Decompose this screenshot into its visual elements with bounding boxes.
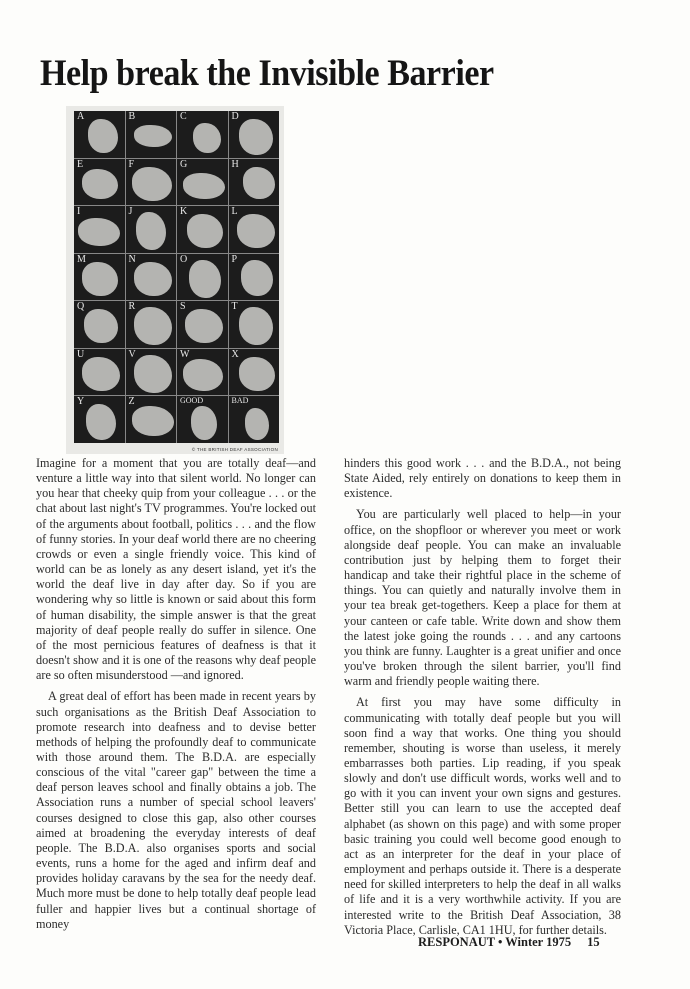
publication-info: RESPONAUT • Winter 1975: [418, 935, 571, 949]
sign-label: Z: [129, 397, 135, 407]
sign-cell: O: [177, 254, 228, 301]
hand-icon: [132, 167, 172, 201]
hand-icon: [132, 406, 174, 436]
sign-cell: D: [229, 111, 280, 158]
sign-label: R: [129, 302, 136, 312]
sign-label: T: [232, 302, 238, 312]
sign-cell: U: [74, 349, 125, 396]
sign-label: U: [77, 350, 84, 360]
sign-label: GOOD: [180, 397, 203, 405]
paragraph: hinders this good work . . . and the B.D…: [344, 456, 621, 501]
hand-icon: [82, 262, 118, 296]
sign-label: H: [232, 160, 239, 170]
sign-cell: N: [126, 254, 177, 301]
sign-label: M: [77, 255, 86, 265]
sign-label: I: [77, 207, 80, 217]
hand-icon: [193, 123, 221, 153]
hand-icon: [134, 307, 172, 345]
sign-label: B: [129, 112, 136, 122]
sign-cell: W: [177, 349, 228, 396]
sign-cell: Y: [74, 396, 125, 443]
sign-cell: Q: [74, 301, 125, 348]
sign-cell: B: [126, 111, 177, 158]
sign-label: D: [232, 112, 239, 122]
sign-cell: K: [177, 206, 228, 253]
sign-label: P: [232, 255, 238, 265]
sign-cell: T: [229, 301, 280, 348]
sign-label: Q: [77, 302, 84, 312]
hand-icon: [239, 307, 273, 345]
hand-icon: [243, 167, 275, 199]
sign-cell: A: [74, 111, 125, 158]
sign-cell: H: [229, 159, 280, 206]
hand-icon: [88, 119, 118, 153]
hand-icon: [245, 408, 269, 440]
hand-icon: [134, 125, 172, 147]
sign-cell: BAD: [229, 396, 280, 443]
sign-cell: E: [74, 159, 125, 206]
paragraph: A great deal of effort has been made in …: [36, 689, 316, 932]
sign-cell: P: [229, 254, 280, 301]
hand-icon: [78, 218, 120, 246]
sign-cell: V: [126, 349, 177, 396]
sign-cell: L: [229, 206, 280, 253]
hand-icon: [187, 214, 223, 248]
sign-cell: R: [126, 301, 177, 348]
sign-label: O: [180, 255, 187, 265]
sign-label: BAD: [232, 397, 249, 405]
sign-label: L: [232, 207, 238, 217]
article-title: Help break the Invisible Barrier: [40, 52, 494, 95]
sign-cell: G: [177, 159, 228, 206]
sign-label: S: [180, 302, 186, 312]
sign-cell: I: [74, 206, 125, 253]
sign-label: N: [129, 255, 136, 265]
hand-icon: [136, 212, 166, 250]
hand-icon: [82, 357, 120, 391]
hand-icon: [134, 262, 172, 296]
page-number: 15: [587, 935, 600, 949]
hand-icon: [241, 260, 273, 296]
sign-label: A: [77, 112, 84, 122]
hand-icon: [189, 260, 221, 298]
sign-cell: X: [229, 349, 280, 396]
alphabet-grid: A B C D E F G H I J K L M N O P Q R S T …: [74, 111, 279, 443]
left-column: Imagine for a moment that you are totall…: [36, 456, 316, 938]
sign-label: F: [129, 160, 135, 170]
hand-icon: [239, 357, 275, 391]
paragraph: You are particularly well placed to help…: [344, 507, 621, 689]
sign-label: E: [77, 160, 83, 170]
hand-icon: [237, 214, 275, 248]
paragraph: Imagine for a moment that you are totall…: [36, 456, 316, 683]
sign-cell: GOOD: [177, 396, 228, 443]
paragraph: At first you may have some difficulty in…: [344, 695, 621, 938]
hand-icon: [134, 355, 172, 393]
hand-icon: [183, 359, 223, 391]
hand-icon: [86, 404, 116, 440]
hand-icon: [82, 169, 118, 199]
sign-label: X: [232, 350, 239, 360]
right-column: hinders this good work . . . and the B.D…: [344, 456, 621, 944]
hand-icon: [185, 309, 223, 343]
sign-cell: M: [74, 254, 125, 301]
hand-icon: [239, 119, 273, 155]
page-footer: RESPONAUT • Winter 197515: [418, 935, 600, 950]
sign-label: G: [180, 160, 187, 170]
sign-cell: S: [177, 301, 228, 348]
photo-credit: © THE BRITISH DEAF ASSOCIATION: [192, 447, 278, 452]
sign-label: C: [180, 112, 187, 122]
sign-label: Y: [77, 397, 84, 407]
sign-cell: F: [126, 159, 177, 206]
sign-label: W: [180, 350, 189, 360]
hand-icon: [183, 173, 225, 199]
sign-cell: J: [126, 206, 177, 253]
fingerspelling-alphabet-photo: A B C D E F G H I J K L M N O P Q R S T …: [66, 106, 284, 454]
sign-label: K: [180, 207, 187, 217]
sign-label: V: [129, 350, 136, 360]
hand-icon: [191, 406, 217, 440]
hand-icon: [84, 309, 118, 343]
sign-cell: Z: [126, 396, 177, 443]
sign-label: J: [129, 207, 133, 217]
sign-cell: C: [177, 111, 228, 158]
